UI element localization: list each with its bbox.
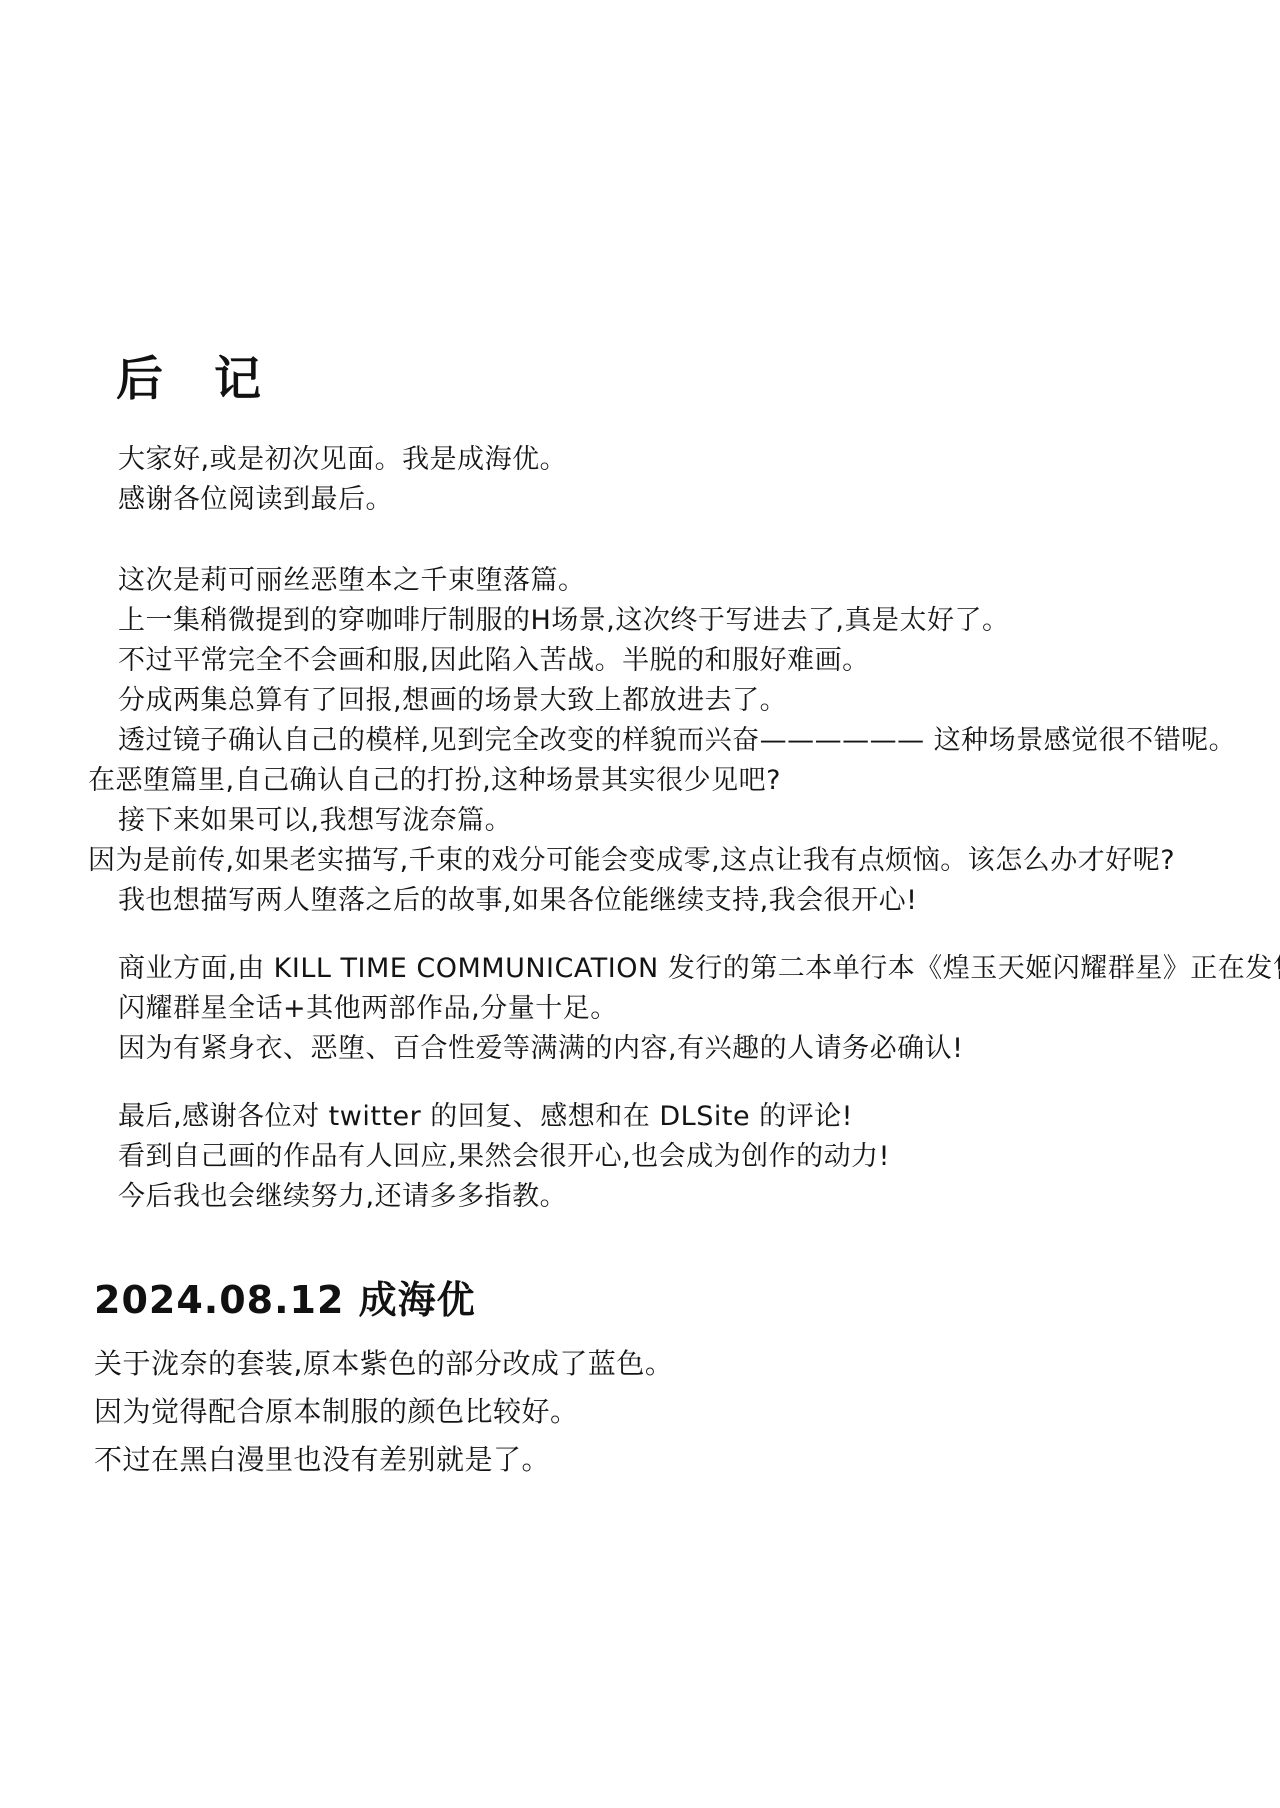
text-line: 今后我也会继续努力,还请多多指教。 xyxy=(88,1177,1240,1217)
text-line: 闪耀群星全话+其他两部作品,分量十足。 xyxy=(88,989,1240,1029)
postscript-line: 不过在黑白漫里也没有差别就是了。 xyxy=(94,1436,1240,1484)
text-line: 接下来如果可以,我想写泷奈篇。 xyxy=(88,801,1240,841)
text-line: 在恶堕篇里,自己确认自己的打扮,这种场景其实很少见吧? xyxy=(88,761,1240,801)
paragraph: 商业方面,由 KILL TIME COMMUNICATION 发行的第二本单行本… xyxy=(88,949,1240,1069)
signature-date-author: 2024.08.12 成海优 xyxy=(94,1269,1240,1324)
afterword-page: 后 记 大家好,或是初次见面。我是成海优。感谢各位阅读到最后。这次是莉可丽丝恶堕… xyxy=(0,0,1280,1808)
text-line: 最后,感谢各位对 twitter 的回复、感想和在 DLSite 的评论! xyxy=(88,1097,1240,1137)
page-title: 后 记 xyxy=(116,352,1240,408)
text-line: 透过镜子确认自己的模样,见到完全改变的样貌而兴奋—————— 这种场景感觉很不错… xyxy=(88,721,1240,761)
text-line: 我也想描写两人堕落之后的故事,如果各位能继续支持,我会很开心! xyxy=(88,881,1240,921)
text-line: 感谢各位阅读到最后。 xyxy=(88,480,1240,520)
text-line: 不过平常完全不会画和服,因此陷入苦战。半脱的和服好难画。 xyxy=(88,641,1240,681)
postscript-line: 关于泷奈的套装,原本紫色的部分改成了蓝色。 xyxy=(94,1340,1240,1388)
text-line: 因为有紧身衣、恶堕、百合性爱等满满的内容,有兴趣的人请务必确认! xyxy=(88,1029,1240,1069)
postscript-note: 关于泷奈的套装,原本紫色的部分改成了蓝色。因为觉得配合原本制服的颜色比较好。不过… xyxy=(94,1340,1240,1484)
text-line: 看到自己画的作品有人回应,果然会很开心,也会成为创作的动力! xyxy=(88,1137,1240,1177)
afterword-body: 大家好,或是初次见面。我是成海优。感谢各位阅读到最后。这次是莉可丽丝恶堕本之千束… xyxy=(88,440,1240,1217)
text-line: 因为是前传,如果老实描写,千束的戏分可能会变成零,这点让我有点烦恼。该怎么办才好… xyxy=(88,841,1240,881)
paragraph: 大家好,或是初次见面。我是成海优。感谢各位阅读到最后。 xyxy=(88,440,1240,520)
text-line: 商业方面,由 KILL TIME COMMUNICATION 发行的第二本单行本… xyxy=(88,949,1240,989)
paragraph: 这次是莉可丽丝恶堕本之千束堕落篇。上一集稍微提到的穿咖啡厅制服的H场景,这次终于… xyxy=(88,561,1240,921)
text-line: 大家好,或是初次见面。我是成海优。 xyxy=(88,440,1240,480)
text-line: 分成两集总算有了回报,想画的场景大致上都放进去了。 xyxy=(88,681,1240,721)
text-line: 这次是莉可丽丝恶堕本之千束堕落篇。 xyxy=(88,561,1240,601)
text-line: 上一集稍微提到的穿咖啡厅制服的H场景,这次终于写进去了,真是太好了。 xyxy=(88,601,1240,641)
postscript-line: 因为觉得配合原本制服的颜色比较好。 xyxy=(94,1388,1240,1436)
paragraph: 最后,感谢各位对 twitter 的回复、感想和在 DLSite 的评论!看到自… xyxy=(88,1097,1240,1217)
